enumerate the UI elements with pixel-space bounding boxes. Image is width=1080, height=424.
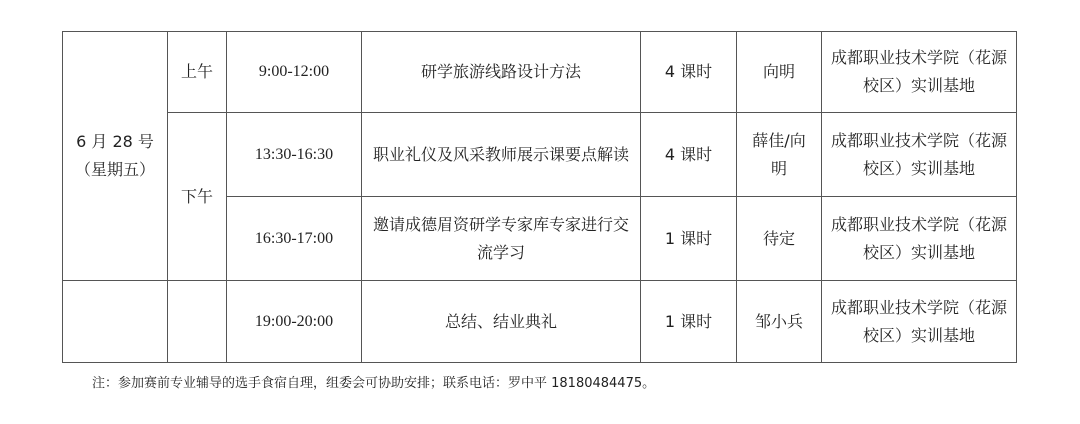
time-cell: 19:00-20:00: [227, 281, 362, 363]
hours-cell: 1 课时: [641, 281, 737, 363]
period-morning: 上午: [168, 32, 227, 113]
location-cell: 成都职业技术学院（花源校区）实训基地: [822, 197, 1017, 281]
hours-cell: 4 课时: [641, 32, 737, 113]
time-cell: 16:30-17:00: [227, 197, 362, 281]
date-line2: （星期五）: [67, 156, 163, 184]
topic-cell: 职业礼仪及风采教师展示课要点解读: [362, 113, 641, 197]
table-row: 19:00-20:00 总结、结业典礼 1 课时 邹小兵 成都职业技术学院（花源…: [63, 281, 1017, 363]
time-cell: 13:30-16:30: [227, 113, 362, 197]
table-row: 下午 13:30-16:30 职业礼仪及风采教师展示课要点解读 4 课时 薛佳/…: [63, 113, 1017, 197]
period-evening: [168, 281, 227, 363]
hours-cell: 1 课时: [641, 197, 737, 281]
topic-cell: 研学旅游线路设计方法: [362, 32, 641, 113]
date-cell: 6 月 28 号 （星期五）: [63, 32, 168, 281]
topic-cell: 邀请成德眉资研学专家库专家进行交流学习: [362, 197, 641, 281]
period-afternoon: 下午: [168, 113, 227, 281]
table-row: 6 月 28 号 （星期五） 上午 9:00-12:00 研学旅游线路设计方法 …: [63, 32, 1017, 113]
location-cell: 成都职业技术学院（花源校区）实训基地: [822, 32, 1017, 113]
hours-cell: 4 课时: [641, 113, 737, 197]
date-cell-empty: [63, 281, 168, 363]
date-line1: 6 月 28 号: [67, 128, 163, 156]
footnote: 注：参加赛前专业辅导的选手食宿自理，组委会可协助安排；联系电话：罗中平 1818…: [92, 372, 655, 391]
location-cell: 成都职业技术学院（花源校区）实训基地: [822, 113, 1017, 197]
teacher-cell: 向明: [737, 32, 822, 113]
schedule-table: 6 月 28 号 （星期五） 上午 9:00-12:00 研学旅游线路设计方法 …: [62, 31, 1017, 363]
teacher-cell: 薛佳/向明: [737, 113, 822, 197]
topic-cell: 总结、结业典礼: [362, 281, 641, 363]
time-cell: 9:00-12:00: [227, 32, 362, 113]
location-cell: 成都职业技术学院（花源校区）实训基地: [822, 281, 1017, 363]
teacher-cell: 邹小兵: [737, 281, 822, 363]
teacher-cell: 待定: [737, 197, 822, 281]
